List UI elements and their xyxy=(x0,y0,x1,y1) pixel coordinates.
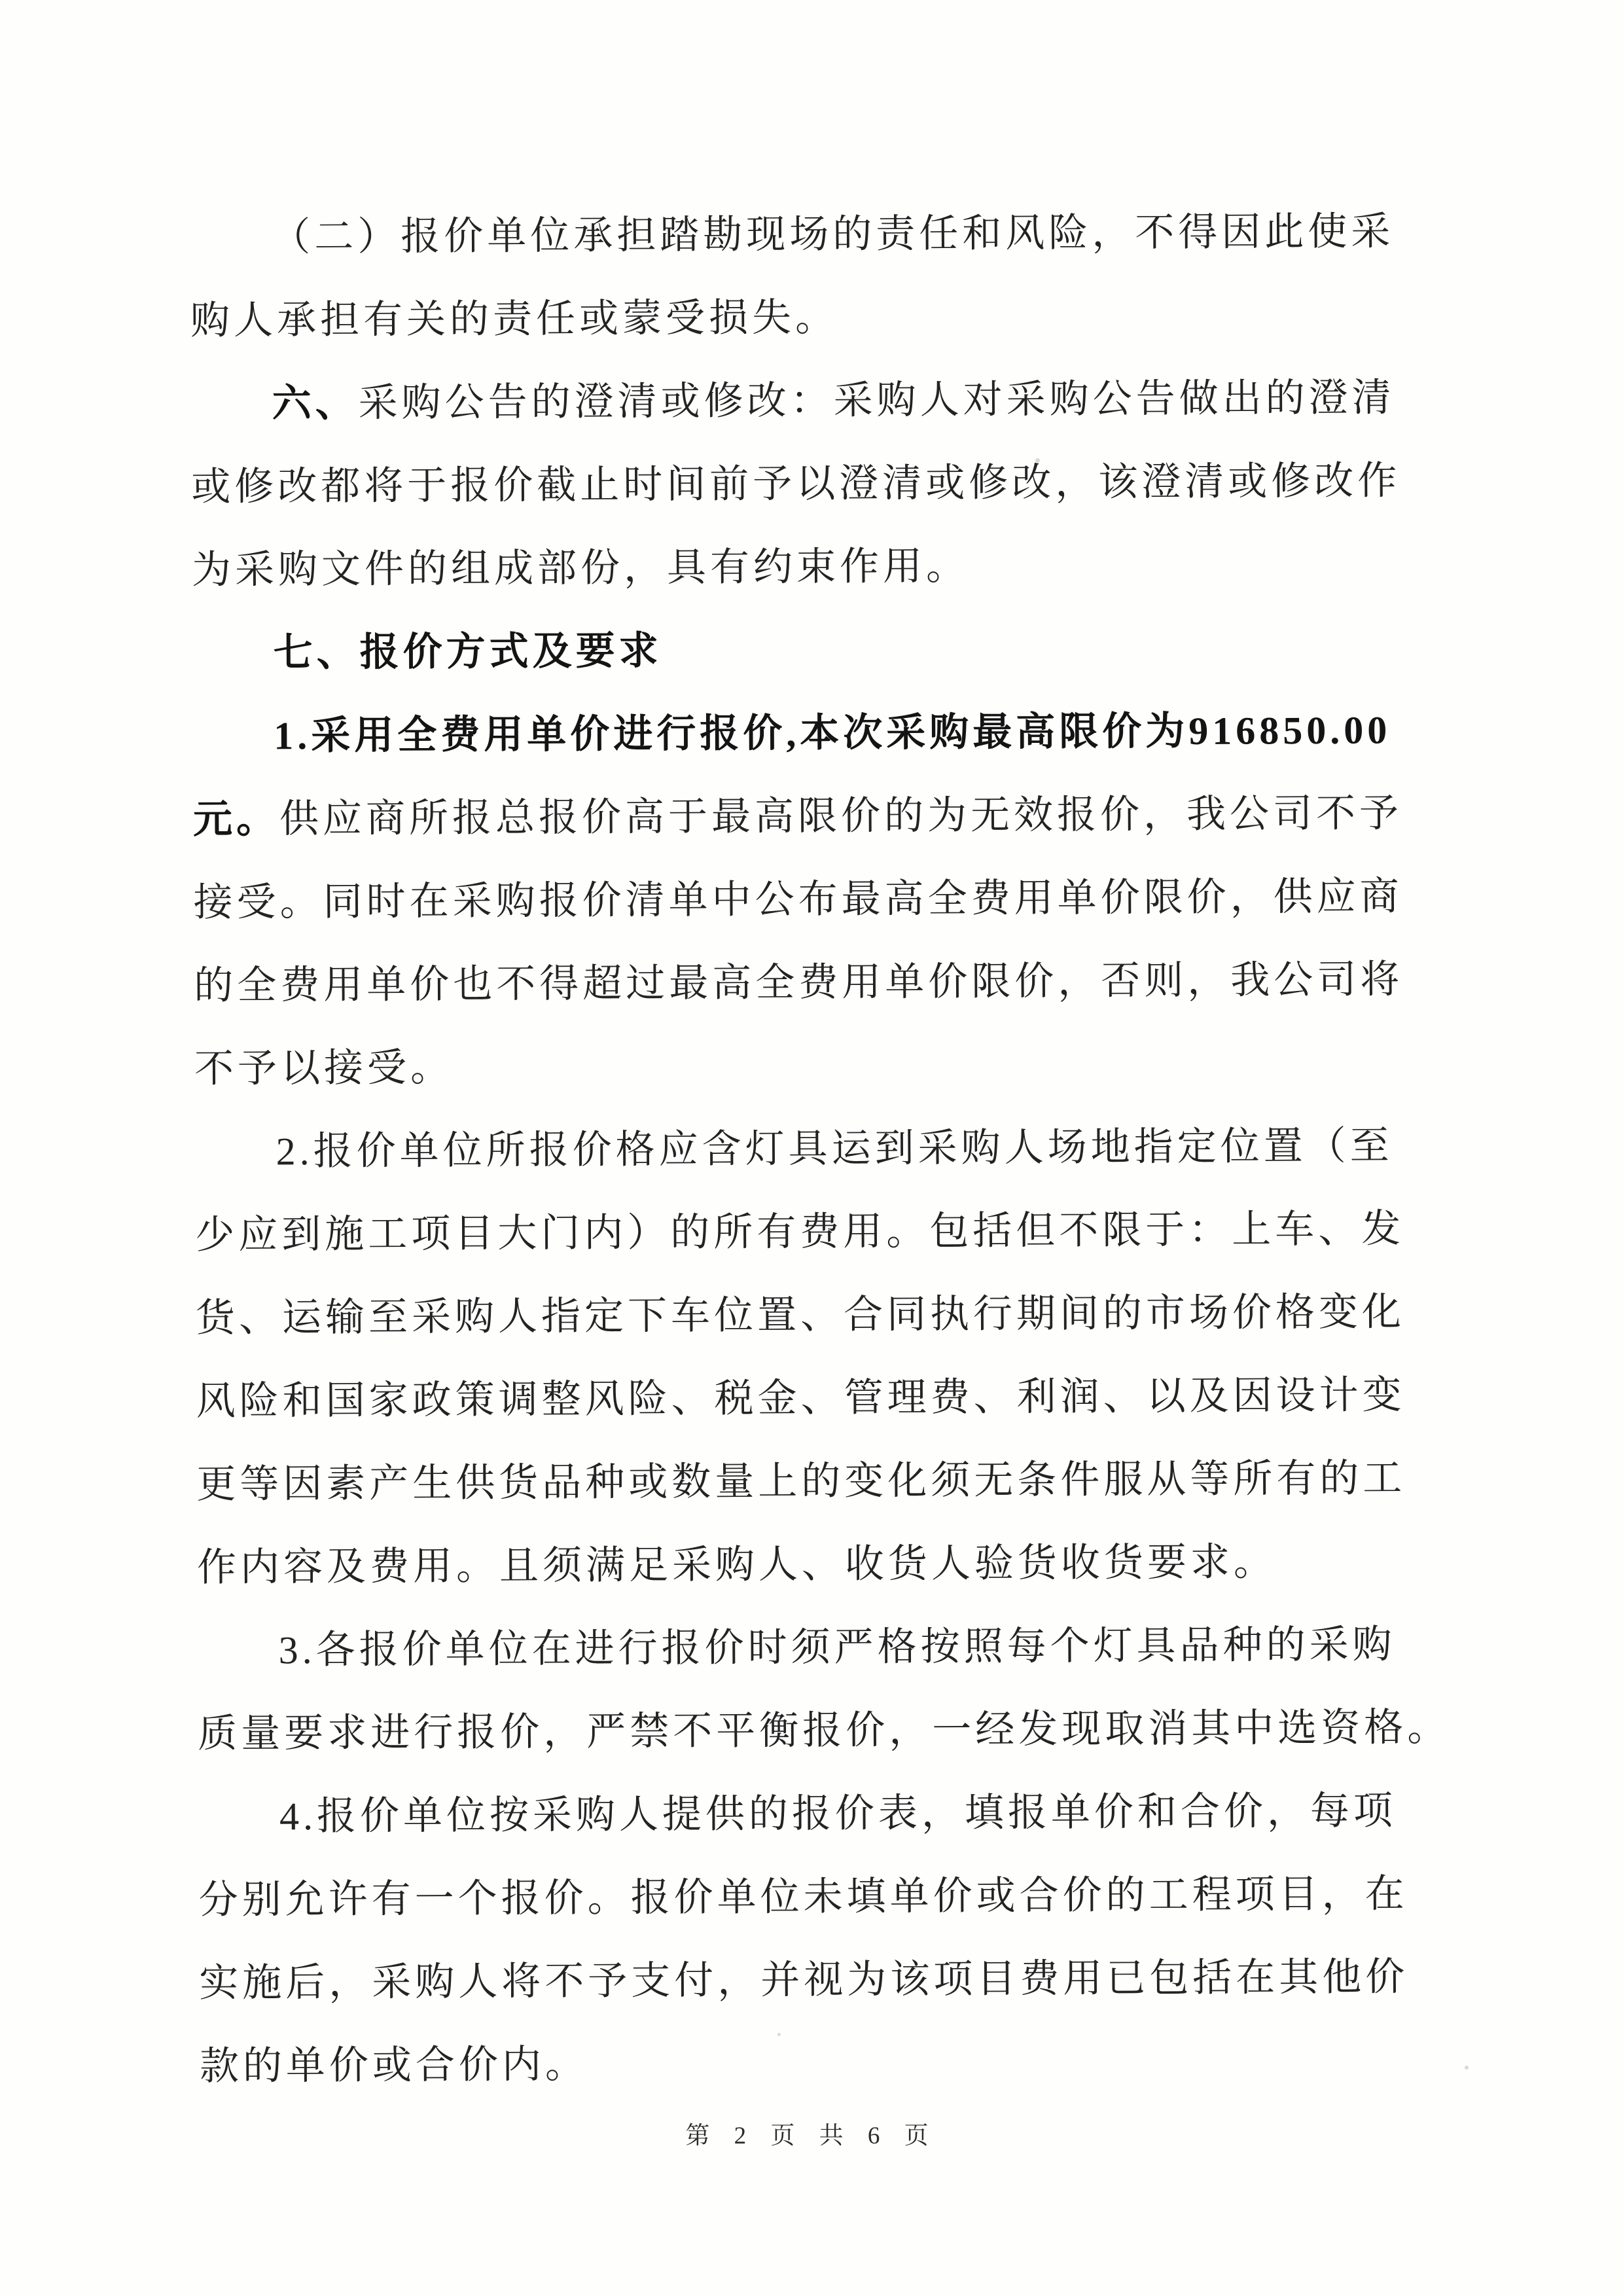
text-line: 接受。同时在采购报价清单中公布最高全费用单价限价，供应商 xyxy=(193,855,1440,944)
text-segment: 不予以接受。 xyxy=(194,1046,454,1090)
scan-speckle xyxy=(777,2033,781,2036)
text-line: 风险和国家政策调整风险、税金、管理费、利润、以及因设计变 xyxy=(196,1354,1443,1443)
text-segment: 更等因素产生供货品种或数量上的变化须无条件服从等所有的工 xyxy=(196,1456,1406,1506)
page-footer: 第 2 页 共 6 页 xyxy=(0,2115,1623,2151)
text-line: 七、报价方式及要求 xyxy=(192,605,1439,695)
text-line: 作内容及费用。且须满足采购人、收货人验货收货要求。 xyxy=(197,1520,1444,1609)
text-segment: 的全费用单价也不得超过最高全费用单价限价，否则，我公司将 xyxy=(194,958,1403,1007)
scan-speckle xyxy=(1465,2066,1469,2070)
text-line: （二）报价单位承担踏勘现场的责任和风险，不得因此使采 xyxy=(190,190,1437,279)
text-line: 2.报价单位所报价格应含灯具运到采购人场地指定位置（至 xyxy=(194,1104,1442,1194)
scan-speckle xyxy=(1035,458,1040,463)
text-line: 实施后，采购人将不予支付，并视为该项目费用已包括在其他价 xyxy=(199,1935,1446,2025)
text-line: 六、采购公告的澄清或修改：采购人对采购公告做出的澄清 xyxy=(190,356,1438,446)
text-segment: 采购公告的澄清或修改：采购人对采购公告做出的澄清 xyxy=(358,376,1395,424)
text-line: 不予以接受。 xyxy=(194,1021,1442,1111)
text-segment: 分别允许有一个报价。报价单位未填单价或合价的工程项目，在 xyxy=(198,1872,1408,1922)
bold-text-segment: 六、 xyxy=(272,382,358,425)
text-line: 质量要求进行报价，严禁不平衡报价，一经发现取消其中选资格。 xyxy=(198,1686,1445,1776)
text-segment: 质量要求进行报价，严禁不平衡报价，一经发现取消其中选资格。 xyxy=(198,1706,1450,1755)
text-segment: 为采购文件的组成部份，具有约束作用。 xyxy=(192,545,969,592)
text-line: 少应到施工项目大门内）的所有费用。包括但不限于：上车、发 xyxy=(195,1187,1442,1277)
text-line: 3.各报价单位在进行报价时须严格按照每个灯具品种的采购 xyxy=(197,1603,1444,1693)
bold-text-segment: 1.采用全费用单价进行报价,本次采购最高限价为916850.00 xyxy=(274,708,1391,757)
text-segment: 货、运输至采购人指定下车位置、合同执行期间的市场价格变化 xyxy=(196,1290,1405,1340)
text-line: 1.采用全费用单价进行报价,本次采购最高限价为916850.00 xyxy=(192,689,1440,778)
text-segment: 款的单价或合价内。 xyxy=(200,2043,588,2088)
bold-text-segment: 七、报价方式及要求 xyxy=(273,629,662,674)
text-line: 4.报价单位按采购人提供的报价表，填报单价和合价，每项 xyxy=(198,1769,1446,1859)
document-page: （二）报价单位承担踏勘现场的责任和风险，不得因此使采购人承担有关的责任或蒙受损失… xyxy=(0,0,1623,2296)
document-text-block: （二）报价单位承担踏勘现场的责任和风险，不得因此使采购人承担有关的责任或蒙受损失… xyxy=(190,190,1446,2108)
text-line: 购人承担有关的责任或蒙受损失。 xyxy=(190,273,1438,363)
text-segment: 作内容及费用。且须满足采购人、收货人验货收货要求。 xyxy=(197,1540,1277,1589)
text-line: 款的单价或合价内。 xyxy=(200,2018,1447,2108)
text-segment: 接受。同时在采购报价清单中公布最高全费用单价限价，供应商 xyxy=(193,874,1402,924)
text-segment: 3.各报价单位在进行报价时须严格按照每个灯具品种的采购 xyxy=(278,1623,1395,1672)
text-line: 分别允许有一个报价。报价单位未填单价或合价的工程项目，在 xyxy=(198,1852,1446,1942)
text-segment: 4.报价单位按采购人提供的报价表，填报单价和合价，每项 xyxy=(279,1789,1397,1838)
text-segment: 风险和国家政策调整风险、税金、管理费、利润、以及因设计变 xyxy=(196,1373,1405,1423)
text-line: 为采购文件的组成部份，具有约束作用。 xyxy=(192,522,1439,612)
text-segment: 或修改都将于报价截止时间前予以澄清或修改，该澄清或修改作 xyxy=(191,459,1400,509)
text-segment: 实施后，采购人将不予支付，并视为该项目费用已包括在其他价 xyxy=(199,1955,1408,2005)
bold-text-segment: 元。 xyxy=(193,797,279,841)
text-segment: 供应商所报总报价高于最高限价的为无效报价，我公司不予 xyxy=(279,791,1402,840)
text-segment: 2.报价单位所报价格应含灯具运到采购人场地指定位置（至 xyxy=(276,1124,1393,1173)
text-segment: 购人承担有关的责任或蒙受损失。 xyxy=(190,296,838,342)
text-line: 更等因素产生供货品种或数量上的变化须无条件服从等所有的工 xyxy=(196,1437,1444,1526)
text-segment: （二）报价单位承担踏勘现场的责任和风险，不得因此使采 xyxy=(271,209,1394,259)
text-line: 货、运输至采购人指定下车位置、合同执行期间的市场价格变化 xyxy=(196,1270,1443,1360)
text-line: 的全费用单价也不得超过最高全费用单价限价，否则，我公司将 xyxy=(194,938,1441,1028)
text-segment: 少应到施工项目大门内）的所有费用。包括但不限于：上车、发 xyxy=(195,1207,1404,1257)
text-line: 或修改都将于报价截止时间前予以澄清或修改，该澄清或修改作 xyxy=(191,439,1438,529)
text-line: 元。供应商所报总报价高于最高限价的为无效报价，我公司不予 xyxy=(193,772,1440,861)
